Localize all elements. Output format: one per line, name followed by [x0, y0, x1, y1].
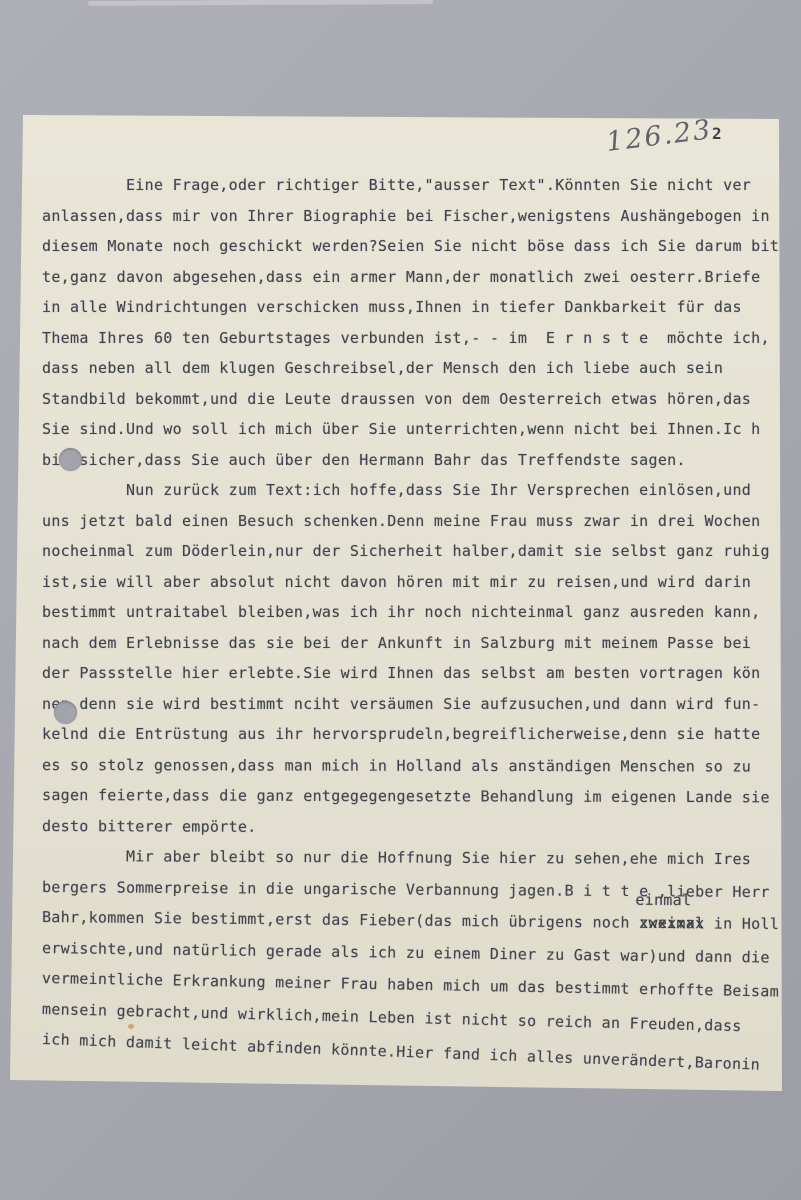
typewritten-line: ist,sie will aber absolut nicht davon hö…	[42, 567, 768, 598]
paper-stain	[128, 1024, 134, 1029]
typewritten-line: anlassen,dass mir von Ihrer Biographie b…	[42, 201, 768, 232]
letter-body: Eine Frage,oder richtiger Bitte,"ausser …	[42, 170, 768, 1055]
typewritten-line: Mir aber bleibt so nur die Hoffnung Sie …	[42, 841, 768, 875]
struck-out-word: zweimalxxxxxxxeinmal	[639, 908, 705, 939]
overstrike-x-marks: xxxxxxx	[639, 908, 705, 939]
typewritten-line: in alle Windrichtungen verschicken muss,…	[42, 292, 768, 323]
typewritten-line: dass neben all dem klugen Geschreibsel,d…	[42, 353, 768, 384]
typewritten-line: diesem Monate noch geschickt werden?Seie…	[42, 231, 768, 262]
typewritten-line: der Passstelle hier erlebte.Sie wird Ihn…	[42, 658, 768, 689]
typewritten-line: Nun zurück zum Text:ich hoffe,dass Sie I…	[42, 475, 768, 506]
inserted-word-above-line: einmal	[635, 893, 691, 909]
page-number: 2	[712, 124, 722, 143]
photo-edge-artifact	[88, 0, 433, 6]
typewritten-line: Thema Ihres 60 ten Geburtstages verbunde…	[42, 323, 768, 354]
paragraph: Mir aber bleibt so nur die Hoffnung Sie …	[42, 841, 768, 1055]
line-text-segment: in Holl	[704, 914, 779, 933]
archive-number-handwritten: 126.23	[604, 115, 707, 158]
typewritten-line: te,ganz davon abgesehen,dass ein armer M…	[42, 262, 768, 293]
typewritten-line: Eine Frage,oder richtiger Bitte,"ausser …	[42, 170, 768, 201]
typewritten-line: bestimmt untraitabel bleiben,was ich ihr…	[42, 597, 768, 628]
typewritten-line: nocheinmal zum Döderlein,nur der Sicherh…	[42, 536, 768, 567]
typewritten-line: Sie sind.Und wo soll ich mich über Sie u…	[42, 414, 768, 445]
hole-punch-icon	[59, 448, 82, 471]
typewritten-line: desto bitterer empörte.	[42, 811, 768, 844]
paragraph: Nun zurück zum Text:ich hoffe,dass Sie I…	[42, 475, 768, 841]
typewritten-line: sagen feierte,dass die ganz entgegegenge…	[42, 780, 768, 813]
typewritten-line: es so stolz genossen,dass man mich in Ho…	[42, 750, 768, 782]
typewritten-line: nen,denn sie wird bestimmt nciht versäum…	[42, 689, 768, 720]
typewritten-line: uns jetzt bald einen Besuch schenken.Den…	[42, 506, 768, 537]
letter-page: 126.23 2 Eine Frage,oder richtiger Bitte…	[10, 113, 782, 1094]
paragraph: Eine Frage,oder richtiger Bitte,"ausser …	[42, 170, 768, 475]
hole-punch-icon	[54, 701, 77, 724]
line-text-segment: Bahr,kommen Sie bestimmt,erst das Fieber…	[42, 908, 639, 932]
typewritten-line: bin sicher,dass Sie auch über den Herman…	[42, 445, 768, 476]
typewritten-line: kelnd die Entrüstung aus ihr hervorsprud…	[42, 719, 768, 750]
scanned-letter-photo: 126.23 2 Eine Frage,oder richtiger Bitte…	[0, 0, 801, 1200]
typewritten-line: Standbild bekommt,und die Leute draussen…	[42, 384, 768, 415]
typewritten-line: nach dem Erlebnisse das sie bei der Anku…	[42, 628, 768, 659]
